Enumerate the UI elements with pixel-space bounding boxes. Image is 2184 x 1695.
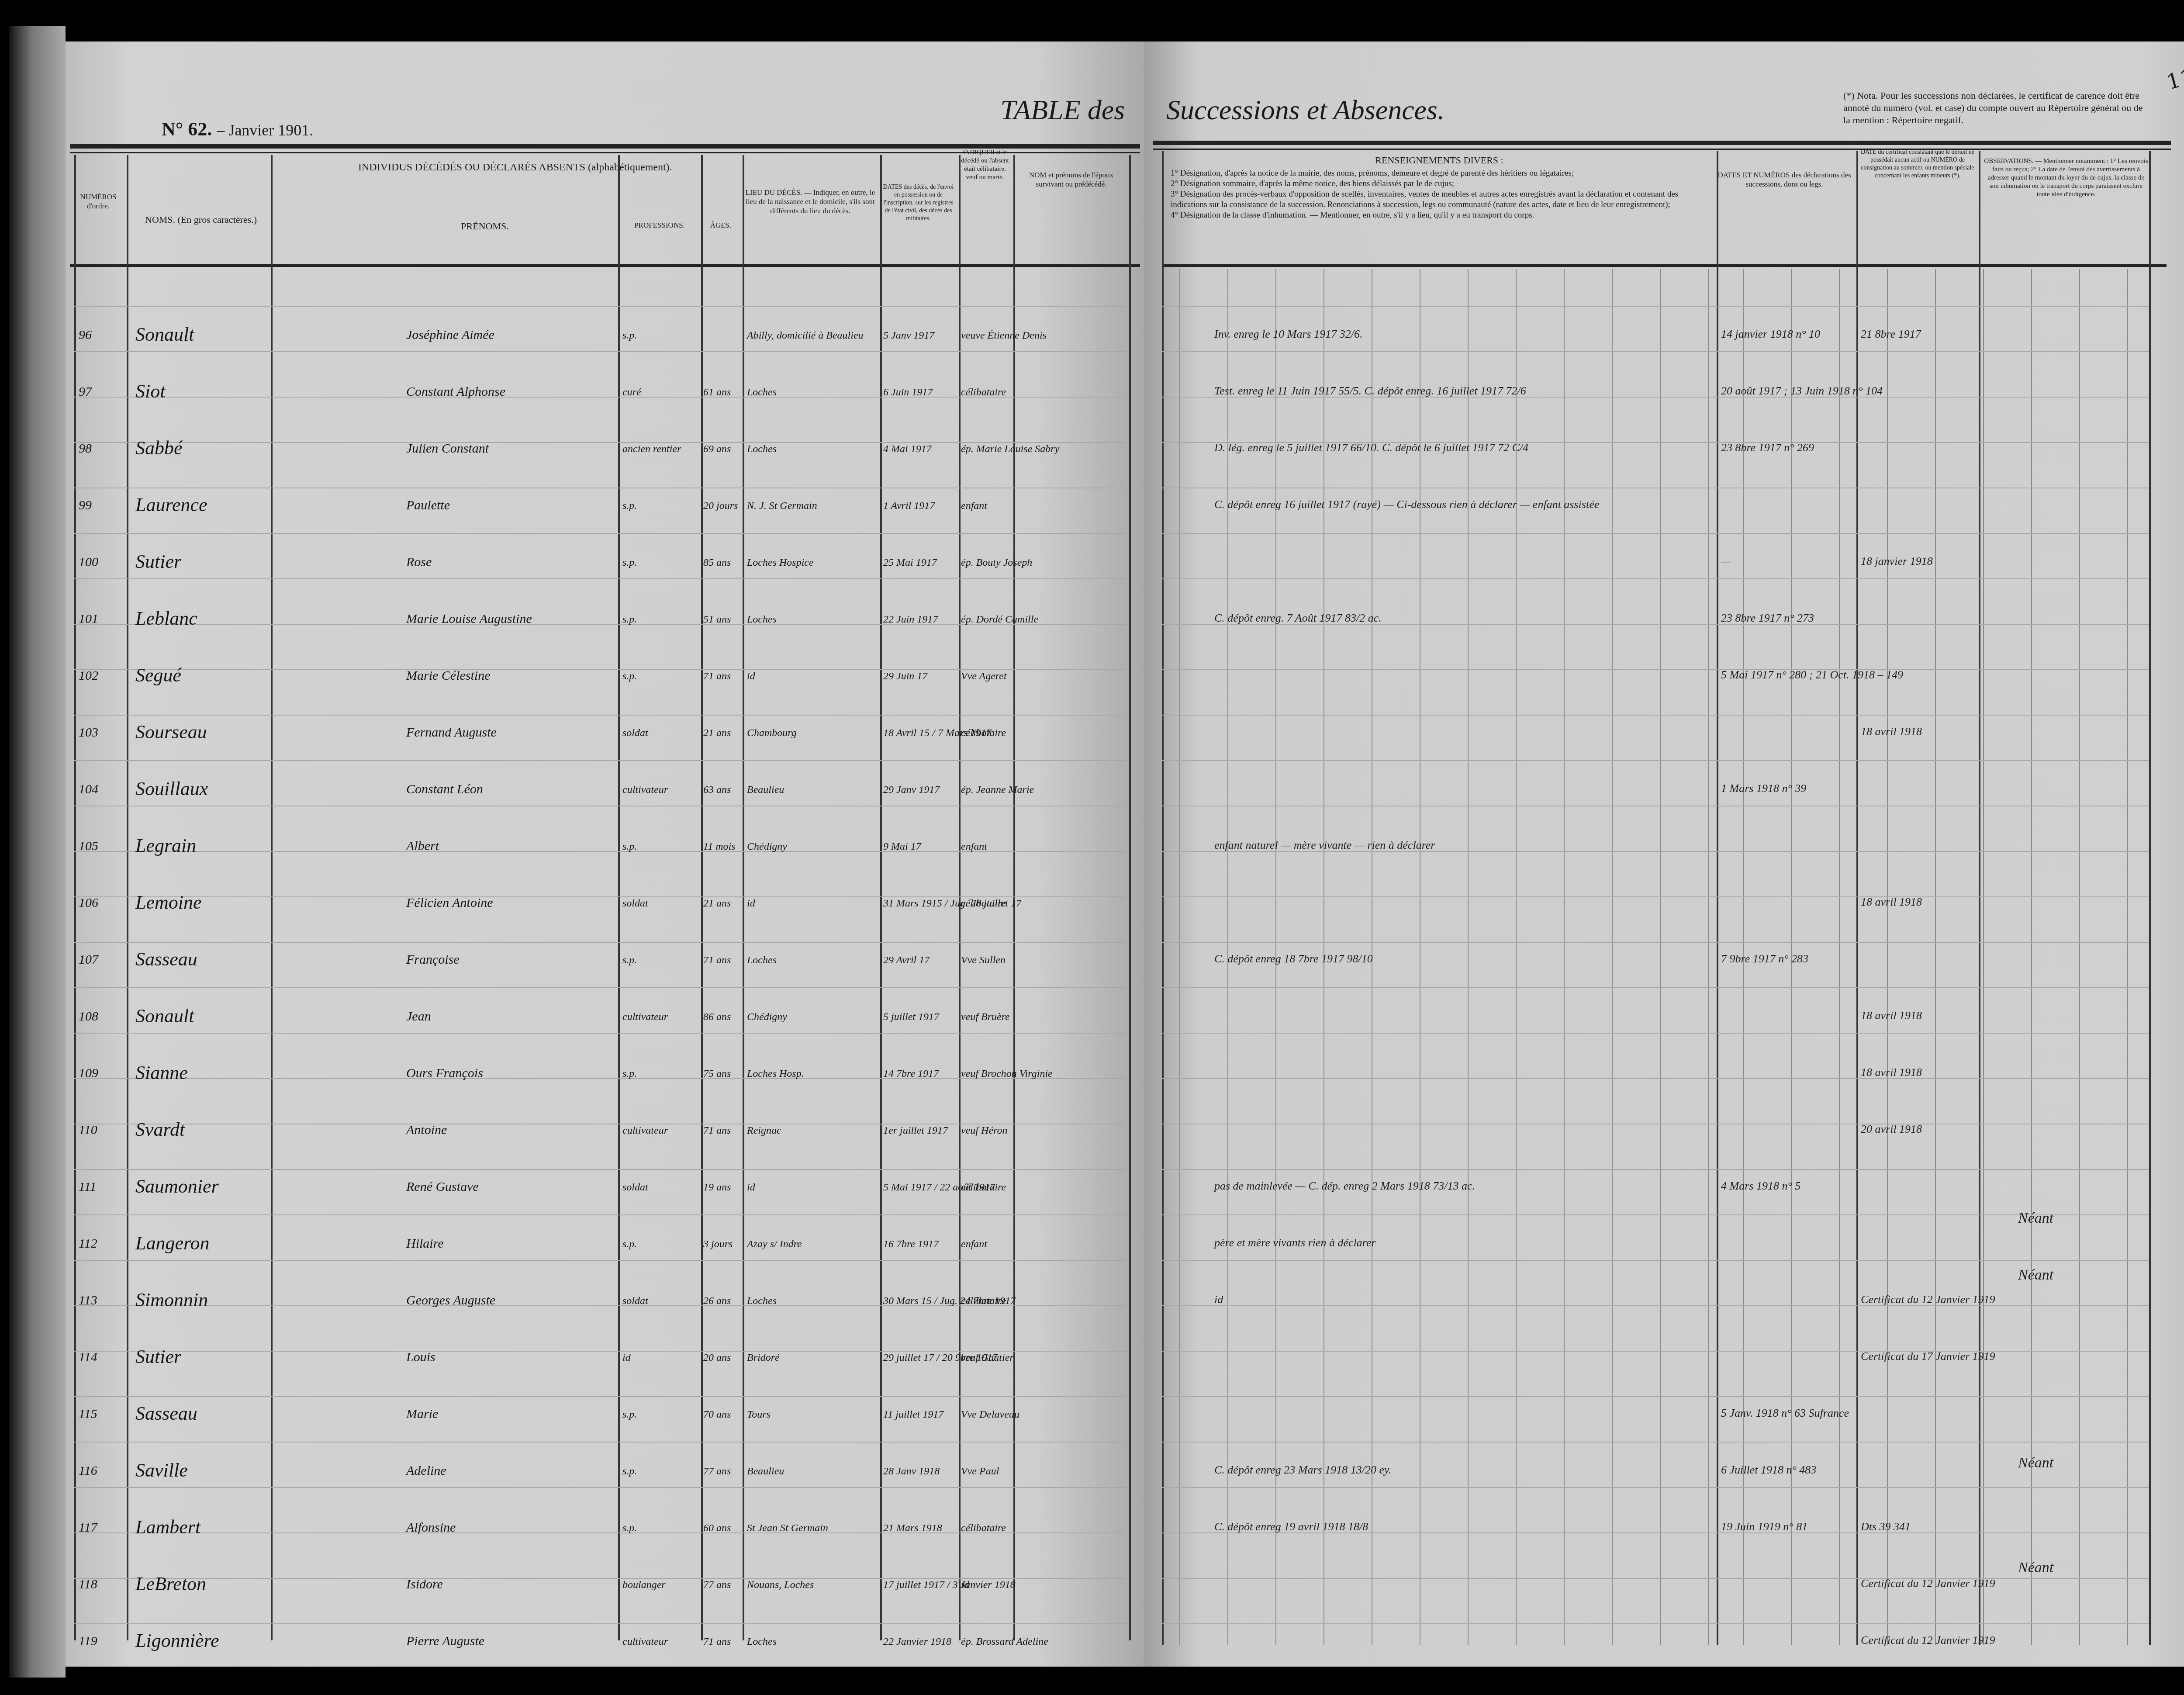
entry-place-of-death: Bridoré bbox=[747, 1352, 780, 1364]
ruling-horizontal bbox=[74, 987, 1129, 988]
entry-declaration: 1 Mars 1918 n° 39 bbox=[1721, 782, 1806, 795]
col-lieu: LIEU DU DÉCÈS. — Indiquer, en outre, le … bbox=[743, 188, 878, 215]
column-divider bbox=[618, 155, 620, 1640]
title-left: TABLE des bbox=[1000, 94, 1125, 126]
ruling-horizontal bbox=[74, 669, 1129, 670]
entry-surname: Saville bbox=[135, 1459, 188, 1481]
entry-place-of-death: Loches bbox=[747, 1295, 777, 1307]
entry-marital-status: célibataire bbox=[961, 1522, 1006, 1534]
entry-date: 29 Juin 17 bbox=[883, 671, 927, 682]
entry-number: 118 bbox=[79, 1577, 97, 1592]
entry-marital-status: ép. Brossard Adeline bbox=[961, 1636, 1048, 1648]
entry-date: 1er juillet 1917 bbox=[883, 1125, 948, 1137]
entry-date: 5 Janv 1917 bbox=[883, 330, 934, 342]
entry-age: 71 ans bbox=[703, 1125, 731, 1137]
entry-profession: cultivateur bbox=[622, 784, 668, 796]
entry-number: 112 bbox=[79, 1236, 97, 1251]
entry-place-of-death: Loches bbox=[747, 1636, 777, 1648]
entry-profession: soldat bbox=[622, 898, 648, 910]
entry-date: 6 Juin 1917 bbox=[883, 387, 933, 398]
column-divider bbox=[127, 155, 128, 1640]
ruling-horizontal bbox=[74, 715, 1129, 716]
ruling-horizontal bbox=[1162, 1078, 2149, 1079]
ruling-vertical bbox=[1887, 269, 1888, 1645]
entry-given-names: Georges Auguste bbox=[406, 1293, 495, 1308]
entry-number: 108 bbox=[79, 1009, 98, 1024]
entry-surname: Sasseau bbox=[135, 1402, 197, 1425]
entry-number: 106 bbox=[79, 896, 98, 910]
ruling-horizontal bbox=[1162, 987, 2149, 988]
entry-place-of-death: N. J. St Germain bbox=[747, 500, 817, 512]
entry-renseignements: Inv. enreg le 10 Mars 1917 32/6. bbox=[1214, 328, 1362, 341]
ruling-vertical bbox=[1660, 269, 1661, 1645]
entry-place-of-death: Loches bbox=[747, 387, 777, 398]
entry-place-of-death: Loches bbox=[747, 443, 777, 455]
right-page bbox=[1144, 42, 2184, 1667]
ruling-horizontal bbox=[1162, 896, 2149, 897]
ruling-horizontal bbox=[1162, 1623, 2149, 1624]
entry-date: 22 Juin 1917 bbox=[883, 614, 938, 626]
entry-age: 60 ans bbox=[703, 1522, 731, 1534]
entry-marital-status: ép. Jeanne Marie bbox=[961, 784, 1034, 796]
entry-number: 116 bbox=[79, 1463, 97, 1478]
entry-declaration: 7 9bre 1917 n° 283 bbox=[1721, 952, 1808, 965]
entry-certificate: 18 avril 1918 bbox=[1861, 725, 1922, 738]
renseignements-title: RENSEIGNEMENTS DIVERS : bbox=[1171, 155, 1708, 166]
entry-given-names: Joséphine Aimée bbox=[406, 328, 494, 342]
entry-surname: Laurence bbox=[135, 494, 207, 516]
register-number: N° 62. – Janvier 1901. bbox=[162, 118, 313, 140]
entry-profession: s.p. bbox=[622, 1238, 637, 1250]
ruling-vertical bbox=[1179, 269, 1180, 1645]
entry-given-names: Julien Constant bbox=[406, 441, 489, 456]
entry-marital-status: ép. Dordé Camille bbox=[961, 614, 1038, 626]
entry-date: 25 Mai 1917 bbox=[883, 557, 937, 569]
entry-marital-status: enfant bbox=[961, 841, 987, 853]
entry-number: 109 bbox=[79, 1066, 98, 1081]
entry-surname: Leblanc bbox=[135, 607, 197, 630]
entry-certificate: 18 avril 1918 bbox=[1861, 1009, 1922, 1022]
entry-renseignements: enfant naturel — mère vivante — rien à d… bbox=[1214, 839, 1435, 852]
entry-number: 97 bbox=[79, 384, 92, 399]
entry-certificate: Dts 39 341 bbox=[1861, 1520, 1911, 1533]
ruling-horizontal bbox=[1162, 806, 2149, 806]
entry-place-of-death: id bbox=[747, 1182, 755, 1193]
entry-profession: id bbox=[622, 1352, 631, 1364]
column-divider bbox=[1162, 151, 1164, 1645]
entry-date: 29 Avril 17 bbox=[883, 955, 930, 966]
entry-profession: soldat bbox=[622, 727, 648, 739]
entry-given-names: Louis bbox=[406, 1350, 435, 1365]
entry-surname: LeBreton bbox=[135, 1573, 206, 1595]
renseignements-4: 4° Désignation de la classe d'inhumation… bbox=[1171, 210, 1708, 221]
entry-given-names: Constant Léon bbox=[406, 782, 483, 797]
col-indiquer: INDIQUER si le décédé ou l'absent était … bbox=[959, 149, 1011, 182]
entry-renseignements: id bbox=[1214, 1293, 1223, 1306]
entry-place-of-death: Nouans, Loches bbox=[747, 1579, 814, 1591]
entry-age: 71 ans bbox=[703, 1636, 731, 1648]
ruling-vertical bbox=[1564, 269, 1565, 1645]
entry-surname: Langeron bbox=[135, 1232, 210, 1254]
entry-marital-status: célibataire bbox=[961, 1182, 1006, 1193]
entry-age: 20 ans bbox=[703, 1352, 731, 1364]
col-observations: OBSERVATIONS. — Mentionner notamment : 1… bbox=[1983, 157, 2149, 199]
register-date: – Janvier 1901. bbox=[217, 121, 313, 139]
ruling-vertical bbox=[2127, 269, 2128, 1645]
entry-profession: s.p. bbox=[622, 955, 637, 966]
entry-place-of-death: Reignac bbox=[747, 1125, 781, 1137]
entry-place-of-death: Loches Hospice bbox=[747, 557, 814, 569]
col-dates-numeros: DATES ET NUMÉROS des déclarations des su… bbox=[1717, 170, 1852, 189]
ruling-vertical bbox=[1983, 269, 1984, 1645]
entry-declaration: 19 Juin 1919 n° 81 bbox=[1721, 1520, 1807, 1533]
entry-profession: boulanger bbox=[622, 1579, 666, 1591]
entry-marital-status: veuve Étienne Denis bbox=[961, 330, 1047, 342]
ruling-horizontal bbox=[1162, 942, 2149, 943]
ruling-horizontal bbox=[74, 1578, 1129, 1579]
ruling-horizontal bbox=[1162, 1487, 2149, 1488]
entry-given-names: Françoise bbox=[406, 952, 460, 967]
entry-marital-status: enfant bbox=[961, 1238, 987, 1250]
entry-surname: Sasseau bbox=[135, 948, 197, 970]
entry-certificate: Certificat du 12 Janvier 1919 bbox=[1861, 1634, 1995, 1647]
entry-declaration: 20 août 1917 ; 13 Juin 1918 n° 104 bbox=[1721, 384, 1883, 398]
entry-number: 99 bbox=[79, 498, 92, 513]
entry-given-names: Antoine bbox=[406, 1123, 447, 1138]
column-divider bbox=[701, 155, 703, 1640]
observation-mark: Néant bbox=[2018, 1560, 2053, 1576]
entry-given-names: Hilaire bbox=[406, 1236, 444, 1251]
ruling-horizontal bbox=[1162, 669, 2149, 670]
entry-renseignements: Test. enreg le 11 Juin 1917 55/5. C. dép… bbox=[1214, 384, 1526, 398]
entry-given-names: Adeline bbox=[406, 1463, 446, 1478]
entry-surname: Sonault bbox=[135, 323, 194, 346]
entry-number: 98 bbox=[79, 441, 92, 456]
col-date-certificat: DATE du certificat constatant que le déf… bbox=[1859, 149, 1977, 180]
column-divider bbox=[1856, 151, 1858, 1645]
entry-place-of-death: Abilly, domicilié à Beaulieu bbox=[747, 330, 864, 342]
ruling-horizontal bbox=[1162, 1351, 2149, 1352]
renseignements-1: 1° Désignation, d'après la notice de la … bbox=[1171, 168, 1708, 179]
entry-profession: s.p. bbox=[622, 1409, 637, 1421]
ruling-vertical bbox=[2031, 269, 2032, 1645]
entry-marital-status: Vve Paul bbox=[961, 1466, 999, 1477]
entry-surname: Svardt bbox=[135, 1118, 185, 1141]
col-renseignements: RENSEIGNEMENTS DIVERS : 1° Désignation, … bbox=[1171, 155, 1708, 221]
entry-number: 101 bbox=[79, 612, 98, 626]
entry-number: 113 bbox=[79, 1293, 97, 1308]
entry-marital-status: célibataire bbox=[961, 898, 1006, 910]
col-professions: PROFESSIONS. bbox=[618, 221, 701, 230]
entry-date: 17 juillet 1917 / 3 Janvier 1918 bbox=[883, 1579, 1016, 1591]
ruling-horizontal bbox=[74, 533, 1129, 534]
entry-date: 21 Mars 1918 bbox=[883, 1522, 942, 1534]
entry-age: 77 ans bbox=[703, 1579, 731, 1591]
entry-age: 77 ans bbox=[703, 1466, 731, 1477]
entry-date: 4 Mai 1917 bbox=[883, 443, 932, 455]
ruling-vertical bbox=[1516, 269, 1517, 1645]
entry-surname: Ligonnière bbox=[135, 1629, 219, 1652]
ruling-horizontal bbox=[1162, 1396, 2149, 1397]
entry-surname: Segué bbox=[135, 664, 181, 686]
entry-profession: s.p. bbox=[622, 330, 637, 342]
ruling-horizontal bbox=[74, 1487, 1129, 1488]
entry-surname: Sutier bbox=[135, 1346, 181, 1368]
entry-marital-status: Vve Sullen bbox=[961, 955, 1006, 966]
entry-age: 63 ans bbox=[703, 784, 731, 796]
entry-given-names: Constant Alphonse bbox=[406, 384, 505, 399]
entry-surname: Souillaux bbox=[135, 778, 208, 800]
entry-marital-status: ép. Marie Louise Sabry bbox=[961, 443, 1059, 455]
entry-profession: s.p. bbox=[622, 614, 637, 626]
ruling-horizontal bbox=[1162, 1169, 2149, 1170]
entry-renseignements: C. dépôt enreg 16 juillet 1917 (rayé) — … bbox=[1214, 498, 1599, 511]
entry-surname: Saumonier bbox=[135, 1175, 219, 1197]
entry-certificate: 18 avril 1918 bbox=[1861, 896, 1922, 909]
header-rule-left bbox=[70, 144, 1140, 149]
entry-profession: soldat bbox=[622, 1182, 648, 1193]
entry-number: 107 bbox=[79, 952, 98, 967]
entry-number: 115 bbox=[79, 1407, 97, 1422]
ruling-horizontal bbox=[1162, 488, 2149, 488]
entry-marital-status: veuf Brochon Virginie bbox=[961, 1068, 1053, 1080]
entry-certificate: Certificat du 17 Janvier 1919 bbox=[1861, 1350, 1995, 1363]
entry-profession: cultivateur bbox=[622, 1125, 668, 1137]
entry-marital-status: Vve Delaveau bbox=[961, 1409, 1019, 1421]
col-noms: NOMS. (En gros caractères.) bbox=[131, 214, 271, 225]
entry-age: 85 ans bbox=[703, 557, 731, 569]
entry-given-names: Isidore bbox=[406, 1577, 443, 1592]
entry-age: 75 ans bbox=[703, 1068, 731, 1080]
ruling-horizontal bbox=[1162, 1578, 2149, 1579]
ruling-horizontal bbox=[1162, 1442, 2149, 1442]
entry-number: 114 bbox=[79, 1350, 97, 1365]
entry-place-of-death: Azay s/ Indre bbox=[747, 1238, 802, 1250]
observation-mark: Néant bbox=[2018, 1210, 2053, 1227]
entry-profession: s.p. bbox=[622, 1466, 637, 1477]
ruling-horizontal bbox=[1162, 533, 2149, 534]
entry-place-of-death: Chédigny bbox=[747, 1011, 787, 1023]
column-divider bbox=[2149, 151, 2151, 1645]
entry-profession: cultivateur bbox=[622, 1636, 668, 1648]
entry-profession: ancien rentier bbox=[622, 443, 681, 455]
entry-renseignements: pas de mainlevée — C. dép. enreg 2 Mars … bbox=[1214, 1180, 1475, 1193]
entry-date: 29 Janv 1917 bbox=[883, 784, 940, 796]
entry-number: 102 bbox=[79, 668, 98, 683]
entry-date: 5 juillet 1917 bbox=[883, 1011, 939, 1023]
ruling-horizontal bbox=[74, 942, 1129, 943]
entry-age: 19 ans bbox=[703, 1182, 731, 1193]
ruling-horizontal bbox=[74, 1623, 1129, 1624]
entry-marital-status: ép. Bouty Joseph bbox=[961, 557, 1032, 569]
ruling-horizontal bbox=[74, 896, 1129, 897]
entry-profession: s.p. bbox=[622, 841, 637, 853]
entry-number: 111 bbox=[79, 1180, 97, 1194]
entry-marital-status: id bbox=[961, 1579, 969, 1591]
entry-date: 16 7bre 1917 bbox=[883, 1238, 939, 1250]
entry-declaration: 5 Mai 1917 n° 280 ; 21 Oct. 1918 – 149 bbox=[1721, 668, 1903, 681]
entry-given-names: Ours François bbox=[406, 1066, 483, 1081]
entry-given-names: Jean bbox=[406, 1009, 431, 1024]
entry-surname: Sutier bbox=[135, 550, 181, 573]
entry-age: 26 ans bbox=[703, 1295, 731, 1307]
entry-place-of-death: id bbox=[747, 898, 755, 910]
entry-age: 11 mois bbox=[703, 841, 736, 853]
col-ages: ÂGES. bbox=[701, 221, 740, 230]
left-page bbox=[66, 42, 1144, 1667]
entry-declaration: 6 Juillet 1918 n° 483 bbox=[1721, 1463, 1816, 1477]
entry-number: 110 bbox=[79, 1123, 97, 1138]
nota-note: (*) Nota. Pour les successions non décla… bbox=[1843, 90, 2149, 126]
entry-profession: s.p. bbox=[622, 1522, 637, 1534]
ruling-horizontal bbox=[74, 488, 1129, 488]
renseignements-3: 3° Désignation des procès-verbaux d'oppo… bbox=[1171, 189, 1708, 210]
ruling-horizontal bbox=[74, 1351, 1129, 1352]
entry-age: 3 jours bbox=[703, 1238, 733, 1250]
ruling-horizontal bbox=[74, 1169, 1129, 1170]
entry-place-of-death: Loches bbox=[747, 955, 777, 966]
entry-profession: cultivateur bbox=[622, 1011, 668, 1023]
entry-age: 71 ans bbox=[703, 671, 731, 682]
book-edge-left bbox=[9, 26, 66, 1678]
entry-number: 119 bbox=[79, 1634, 97, 1649]
ruling-horizontal bbox=[1162, 578, 2149, 579]
ruling-vertical bbox=[1420, 269, 1420, 1645]
entry-renseignements: père et mère vivants rien à déclarer bbox=[1214, 1236, 1376, 1249]
entry-given-names: Pierre Auguste bbox=[406, 1634, 484, 1649]
colhead-rule-left bbox=[70, 264, 1140, 267]
entry-profession: s.p. bbox=[622, 500, 637, 512]
ruling-horizontal bbox=[74, 1124, 1129, 1124]
ruling-horizontal bbox=[1162, 306, 2149, 307]
entry-given-names: Marie bbox=[406, 1407, 438, 1422]
entry-number: 105 bbox=[79, 839, 98, 854]
col-numeros: NUMÉROS d'ordre. bbox=[74, 192, 122, 211]
entry-date: 22 Janvier 1918 bbox=[883, 1636, 951, 1648]
entry-renseignements: D. lég. enreg le 5 juillet 1917 66/10. C… bbox=[1214, 441, 1528, 454]
entry-given-names: Albert bbox=[406, 839, 439, 854]
entry-certificate: Certificat du 12 Janvier 1919 bbox=[1861, 1293, 1995, 1306]
entry-certificate: 20 avril 1918 bbox=[1861, 1123, 1922, 1136]
colhead-rule-right bbox=[1162, 264, 2167, 267]
entry-age: 51 ans bbox=[703, 614, 731, 626]
entry-date: 9 Mai 17 bbox=[883, 841, 921, 853]
entry-marital-status: célibataire bbox=[961, 727, 1006, 739]
ruling-horizontal bbox=[1162, 1305, 2149, 1306]
entry-declaration: 4 Mars 1918 n° 5 bbox=[1721, 1180, 1800, 1193]
entry-profession: s.p. bbox=[622, 1068, 637, 1080]
ruling-horizontal bbox=[74, 1260, 1129, 1261]
entry-marital-status: enfant bbox=[961, 500, 987, 512]
col-epoux: NOM et prénoms de l'époux survivant ou p… bbox=[1016, 170, 1127, 189]
entry-number: 100 bbox=[79, 555, 98, 570]
entry-number: 96 bbox=[79, 328, 92, 342]
ruling-horizontal bbox=[1162, 1033, 2149, 1034]
column-divider bbox=[1717, 151, 1718, 1645]
entry-place-of-death: Chédigny bbox=[747, 841, 787, 853]
entry-date: 1 Avril 1917 bbox=[883, 500, 935, 512]
entry-age: 71 ans bbox=[703, 955, 731, 966]
column-divider bbox=[74, 155, 76, 1640]
col-prenoms: PRÉNOMS. bbox=[406, 221, 563, 232]
entry-marital-status: célibataire bbox=[961, 1295, 1006, 1307]
entry-surname: Lemoine bbox=[135, 891, 202, 913]
ruling-horizontal bbox=[74, 1442, 1129, 1442]
ruling-horizontal bbox=[74, 760, 1129, 761]
entry-place-of-death: Loches Hosp. bbox=[747, 1068, 804, 1080]
entry-surname: Lambert bbox=[135, 1516, 200, 1538]
entry-age: 70 ans bbox=[703, 1409, 731, 1421]
observation-mark: Néant bbox=[2018, 1455, 2053, 1471]
entry-profession: s.p. bbox=[622, 557, 637, 569]
entry-profession: soldat bbox=[622, 1295, 648, 1307]
entry-given-names: René Gustave bbox=[406, 1180, 479, 1194]
entry-date: 14 7bre 1917 bbox=[883, 1068, 939, 1080]
entry-surname: Sonault bbox=[135, 1005, 194, 1027]
group-title: INDIVIDUS DÉCÉDÉS OU DÉCLARÉS ABSENTS (a… bbox=[358, 162, 672, 173]
entry-age: 61 ans bbox=[703, 387, 731, 398]
column-divider bbox=[880, 155, 882, 1640]
column-divider bbox=[743, 155, 744, 1640]
entry-place-of-death: Beaulieu bbox=[747, 784, 784, 796]
entry-number: 104 bbox=[79, 782, 98, 797]
ruling-horizontal bbox=[1162, 1260, 2149, 1261]
entry-given-names: Marie Louise Augustine bbox=[406, 612, 532, 626]
entry-profession: s.p. bbox=[622, 671, 637, 682]
ruling-horizontal bbox=[74, 1214, 1129, 1215]
ruling-horizontal bbox=[74, 806, 1129, 806]
ruling-horizontal bbox=[74, 442, 1129, 443]
entry-declaration: 14 janvier 1918 n° 10 bbox=[1721, 328, 1820, 341]
entry-age: 21 ans bbox=[703, 898, 731, 910]
entry-date: 11 juillet 1917 bbox=[883, 1409, 943, 1421]
ruling-horizontal bbox=[74, 306, 1129, 307]
entry-surname: Sourseau bbox=[135, 721, 207, 743]
column-divider bbox=[1979, 151, 1980, 1645]
ruling-vertical bbox=[1935, 269, 1936, 1645]
column-divider bbox=[271, 155, 273, 1640]
ruling-horizontal bbox=[1162, 1124, 2149, 1124]
entry-declaration: 23 8bre 1917 n° 273 bbox=[1721, 612, 1814, 625]
entry-marital-status: veuf Gautier bbox=[961, 1352, 1014, 1364]
entry-surname: Sianne bbox=[135, 1062, 188, 1084]
ruling-horizontal bbox=[1162, 760, 2149, 761]
entry-declaration: — bbox=[1721, 555, 1731, 568]
entry-number: 117 bbox=[79, 1520, 97, 1535]
entry-given-names: Félicien Antoine bbox=[406, 896, 493, 910]
entry-renseignements: C. dépôt enreg 18 7bre 1917 98/10 bbox=[1214, 952, 1373, 965]
entry-marital-status: Vve Ageret bbox=[961, 671, 1007, 682]
entry-surname: Siot bbox=[135, 380, 165, 402]
entry-place-of-death: Loches bbox=[747, 614, 777, 626]
entry-given-names: Alfonsine bbox=[406, 1520, 456, 1535]
entry-renseignements: C. dépôt enreg. 7 Août 1917 83/2 ac. bbox=[1214, 612, 1382, 625]
entry-surname: Simonnin bbox=[135, 1289, 208, 1311]
entry-renseignements: C. dépôt enreg 19 avril 1918 18/8 bbox=[1214, 1520, 1368, 1533]
entry-place-of-death: Beaulieu bbox=[747, 1466, 784, 1477]
col-dates: DATES des décès, de l'envoi en possessio… bbox=[880, 183, 957, 223]
entry-marital-status: veuf Bruère bbox=[961, 1011, 1010, 1023]
entry-certificate: 21 8bre 1917 bbox=[1861, 328, 1921, 341]
entry-declaration: 5 Janv. 1918 n° 63 Sufrance bbox=[1721, 1407, 1849, 1420]
ruling-vertical bbox=[1612, 269, 1613, 1645]
ruling-vertical bbox=[2079, 269, 2080, 1645]
ruling-vertical bbox=[1839, 269, 1840, 1645]
ruling-horizontal bbox=[74, 578, 1129, 579]
header-rule-right-thin bbox=[1153, 149, 2171, 150]
entry-given-names: Paulette bbox=[406, 498, 450, 513]
ruling-vertical bbox=[1468, 269, 1469, 1645]
